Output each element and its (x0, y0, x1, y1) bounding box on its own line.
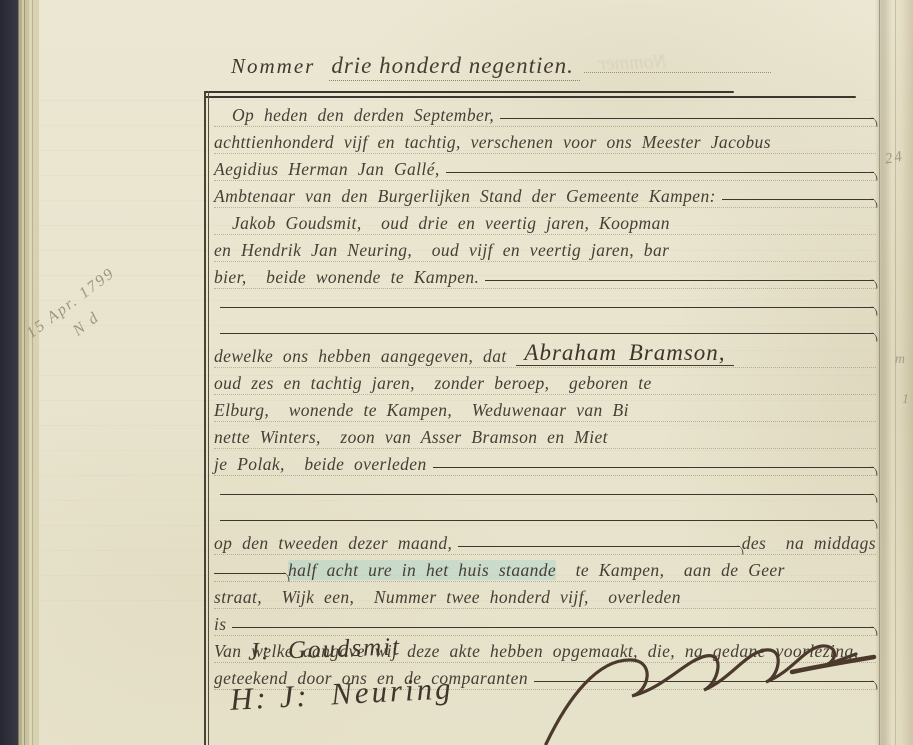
handwritten-act-number: drie honderd negentien. (329, 53, 580, 81)
handwritten-text: oud zes en tachtig jaren, zonder beroep,… (214, 373, 652, 393)
handwritten-text: Jakob Goudsmit, oud drie en veertig jare… (214, 213, 670, 233)
handwritten-text: is (214, 614, 226, 634)
handwritten-text: Op heden den derden September, (214, 105, 494, 125)
act-text-line: straat, Wijk een, Nummer twee honderd vi… (214, 582, 876, 609)
pencil-edge-number: 24 (884, 148, 906, 168)
filler-stroke (220, 494, 874, 495)
act-text-line: nette Winters, zoon van Asser Bramson en… (214, 422, 876, 449)
act-number-header: Nommer drie honderd negentien. (231, 48, 771, 81)
handwritten-text: bier, beide wonende te Kampen. (214, 267, 479, 287)
dotted-trail-line (584, 48, 771, 73)
filler-stroke (485, 280, 874, 281)
handwritten-text: des na middags (742, 533, 876, 553)
register-page: { "document": { "header": { "printed_lab… (0, 0, 913, 745)
blank-ruled-line (214, 476, 876, 502)
act-text-line: Elburg, wonende te Kampen, Weduwenaar va… (214, 395, 876, 422)
fold-crease-line-2 (895, 0, 896, 745)
filler-stroke (232, 627, 874, 628)
act-text-line: achttienhonderd vijf en tachtig, versche… (214, 127, 876, 154)
filler-stroke (722, 199, 874, 200)
signature-goudsmit: J: Goudsmit (248, 633, 402, 666)
pencil-edge-mark-1: 1 (902, 392, 911, 408)
act-body-lines: Op heden den derden September,achttienho… (214, 100, 876, 690)
filler-stroke (500, 118, 874, 119)
handwritten-text: Ambtenaar van den Burgerlijken Stand der… (214, 186, 716, 206)
box-top-border-line-1 (204, 91, 734, 93)
handwritten-text-highlighted: half acht ure in het huis staande (288, 560, 556, 580)
filler-stroke (433, 467, 874, 468)
act-text-line: half acht ure in het huis staande te Kam… (214, 555, 876, 582)
filler-stroke (220, 307, 874, 308)
blank-ruled-line (214, 315, 876, 341)
act-text-line: bier, beide wonende te Kampen. (214, 262, 876, 289)
act-text-line: Ambtenaar van den Burgerlijken Stand der… (214, 181, 876, 208)
handwritten-text: en Hendrik Jan Neuring, oud vijf en veer… (214, 240, 669, 260)
page-fold-right (875, 0, 913, 745)
printed-nommer-label: Nommer (231, 54, 315, 79)
pencil-edge-mark-m: m (895, 352, 907, 368)
act-text-line: Aegidius Herman Jan Gallé, (214, 154, 876, 181)
box-top-border-line-2 (204, 96, 856, 98)
act-text-line: je Polak, beide overleden (214, 449, 876, 476)
handwritten-text: Aegidius Herman Jan Gallé, (214, 159, 440, 179)
act-text-line: dewelke ons hebben aangegeven, dat Abrah… (214, 341, 876, 368)
filler-stroke (446, 172, 874, 173)
handwritten-text: nette Winters, zoon van Asser Bramson en… (214, 427, 608, 447)
act-text-line: Op heden den derden September, (214, 100, 876, 127)
box-left-border-line-2 (208, 91, 209, 745)
blank-ruled-line (214, 502, 876, 528)
handwritten-text: Elburg, wonende te Kampen, Weduwenaar va… (214, 400, 629, 420)
handwritten-text: te Kampen, aan de Geer (556, 560, 785, 580)
handwritten-text: dewelke ons hebben aangegeven, dat (214, 346, 516, 366)
blank-ruled-line (214, 289, 876, 315)
filler-stroke (220, 520, 874, 521)
flourish-signature-drawing: Gallé (540, 632, 880, 745)
handwritten-text: achttienhonderd vijf en tachtig, versche… (214, 132, 771, 152)
handwritten-text: op den tweeden dezer maand, (214, 533, 452, 553)
handwritten-text: straat, Wijk een, Nummer twee honderd vi… (214, 587, 681, 607)
filler-stroke (458, 546, 739, 547)
signature-galle-flourish: Gallé (540, 632, 880, 745)
act-text-line: en Hendrik Jan Neuring, oud vijf en veer… (214, 235, 876, 262)
act-text-line: op den tweeden dezer maand,des na middag… (214, 528, 876, 555)
filler-stroke (220, 333, 874, 334)
stacked-page-edges (18, 0, 39, 745)
lead-filler-stroke (214, 573, 286, 574)
act-text-line: oud zes en tachtig jaren, zonder beroep,… (214, 368, 876, 395)
book-spine (0, 0, 18, 745)
handwritten-name-emphasis: Abraham Bramson, (516, 341, 733, 366)
handwritten-text: je Polak, beide overleden (214, 454, 427, 474)
act-text-line: Jakob Goudsmit, oud drie en veertig jare… (214, 208, 876, 235)
box-left-border-line-1 (204, 91, 206, 745)
